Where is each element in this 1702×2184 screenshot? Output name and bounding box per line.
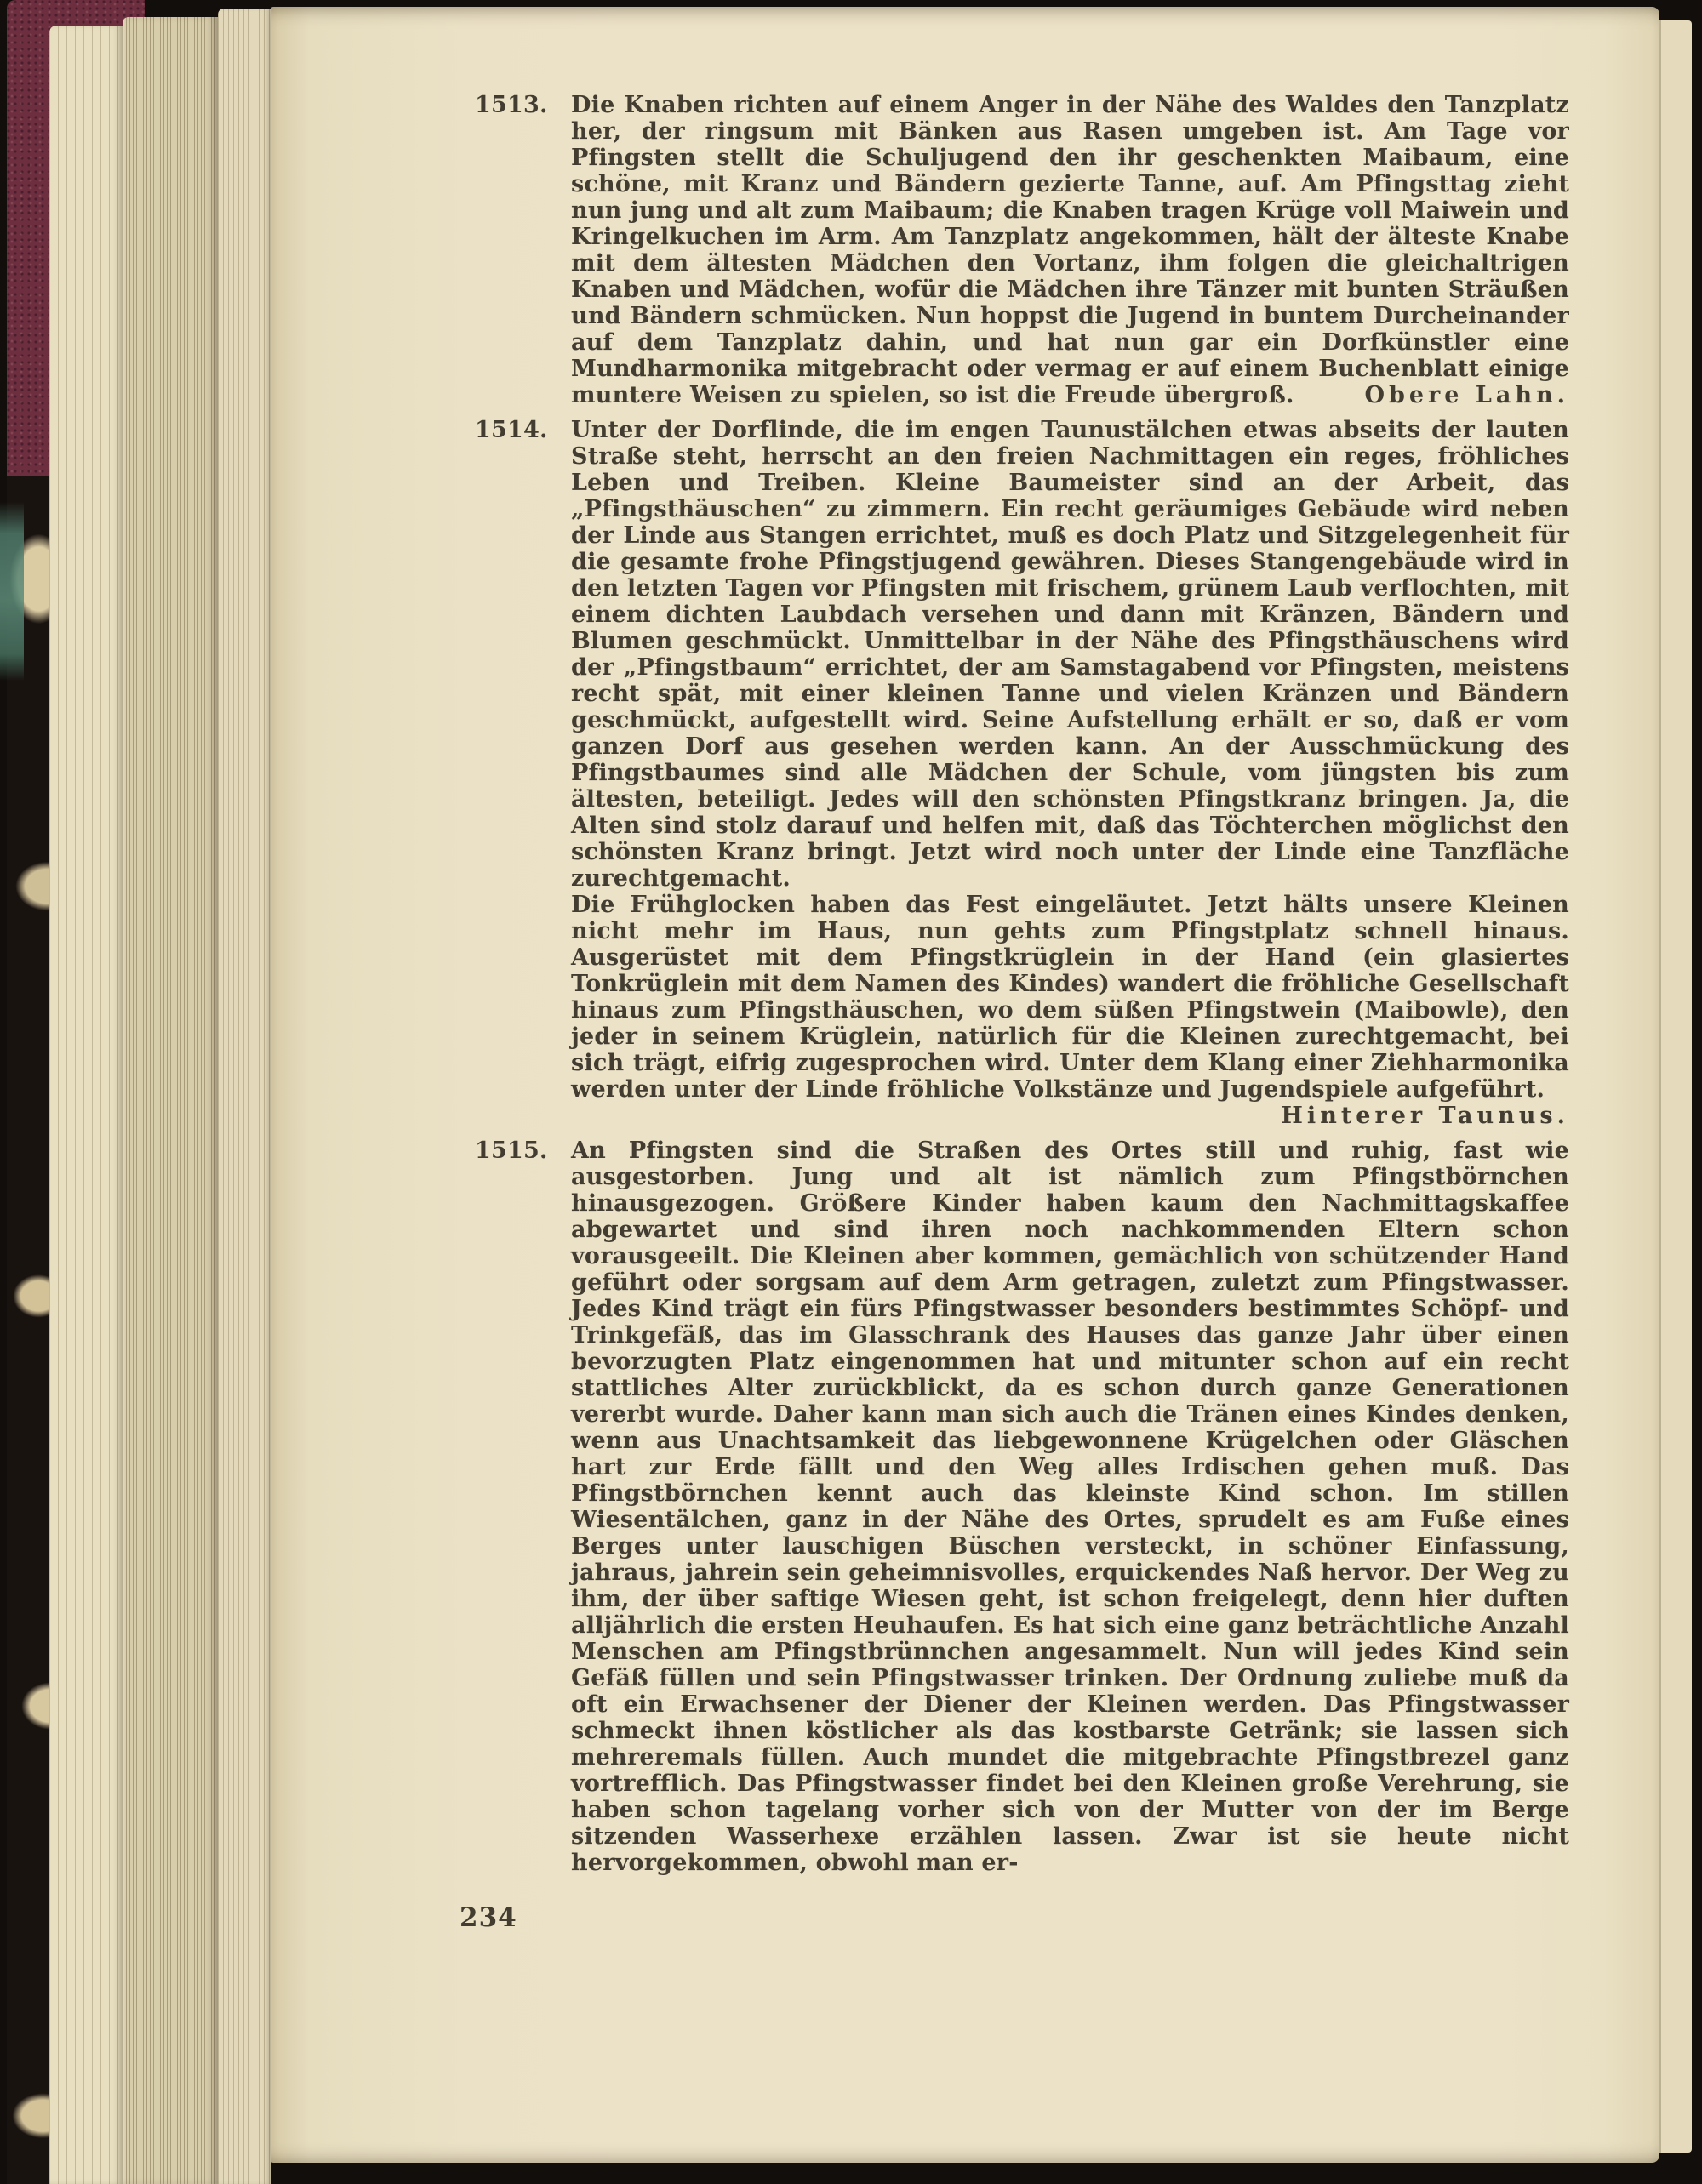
page-edge-stack-middle: [123, 17, 218, 2184]
attribution: Obere Lahn.: [1364, 382, 1569, 408]
text-block: 1513. Die Knaben richten auf einem Anger…: [473, 92, 1569, 1885]
paragraph-text: Die Knaben richten auf einem Anger in de…: [571, 92, 1569, 408]
book-scan: 1513. Die Knaben richten auf einem Anger…: [0, 0, 1702, 2184]
entry-number: 1513.: [473, 92, 571, 408]
cover-marble-accent: [0, 502, 24, 681]
entry-body: Die Knaben richten auf einem Anger in de…: [571, 92, 1569, 408]
entry-body: Unter der Dorflinde, die im engen Taunus…: [571, 417, 1569, 1129]
entry-number: 1515.: [473, 1138, 571, 1876]
paragraph-entry: 1513. Die Knaben richten auf einem Anger…: [473, 92, 1569, 408]
entry-body: An Pfingsten sind die Straßen des Ortes …: [571, 1138, 1569, 1876]
page-edge-right: [1659, 20, 1692, 2153]
attribution: Hinterer Taunus.: [1281, 1103, 1569, 1129]
page-edge-stack-outer: [49, 26, 123, 2184]
book-page: 1513. Die Knaben richten auf einem Anger…: [271, 7, 1659, 2163]
paragraph-entry: 1514. Unter der Dorflinde, die im engen …: [473, 417, 1569, 1129]
paragraph-entry: 1515. An Pfingsten sind die Straßen des …: [473, 1138, 1569, 1876]
page-number: 234: [460, 1902, 517, 1933]
paragraph-text: Unter der Dorflinde, die im engen Taunus…: [571, 417, 1569, 892]
paragraph-text: Die Frühglocken haben das Fest eingeläut…: [571, 892, 1569, 1103]
entry-number: 1514.: [473, 417, 571, 1129]
page-edge-stack-inner: [218, 9, 271, 2184]
paragraph-text: An Pfingsten sind die Straßen des Ortes …: [571, 1138, 1569, 1876]
